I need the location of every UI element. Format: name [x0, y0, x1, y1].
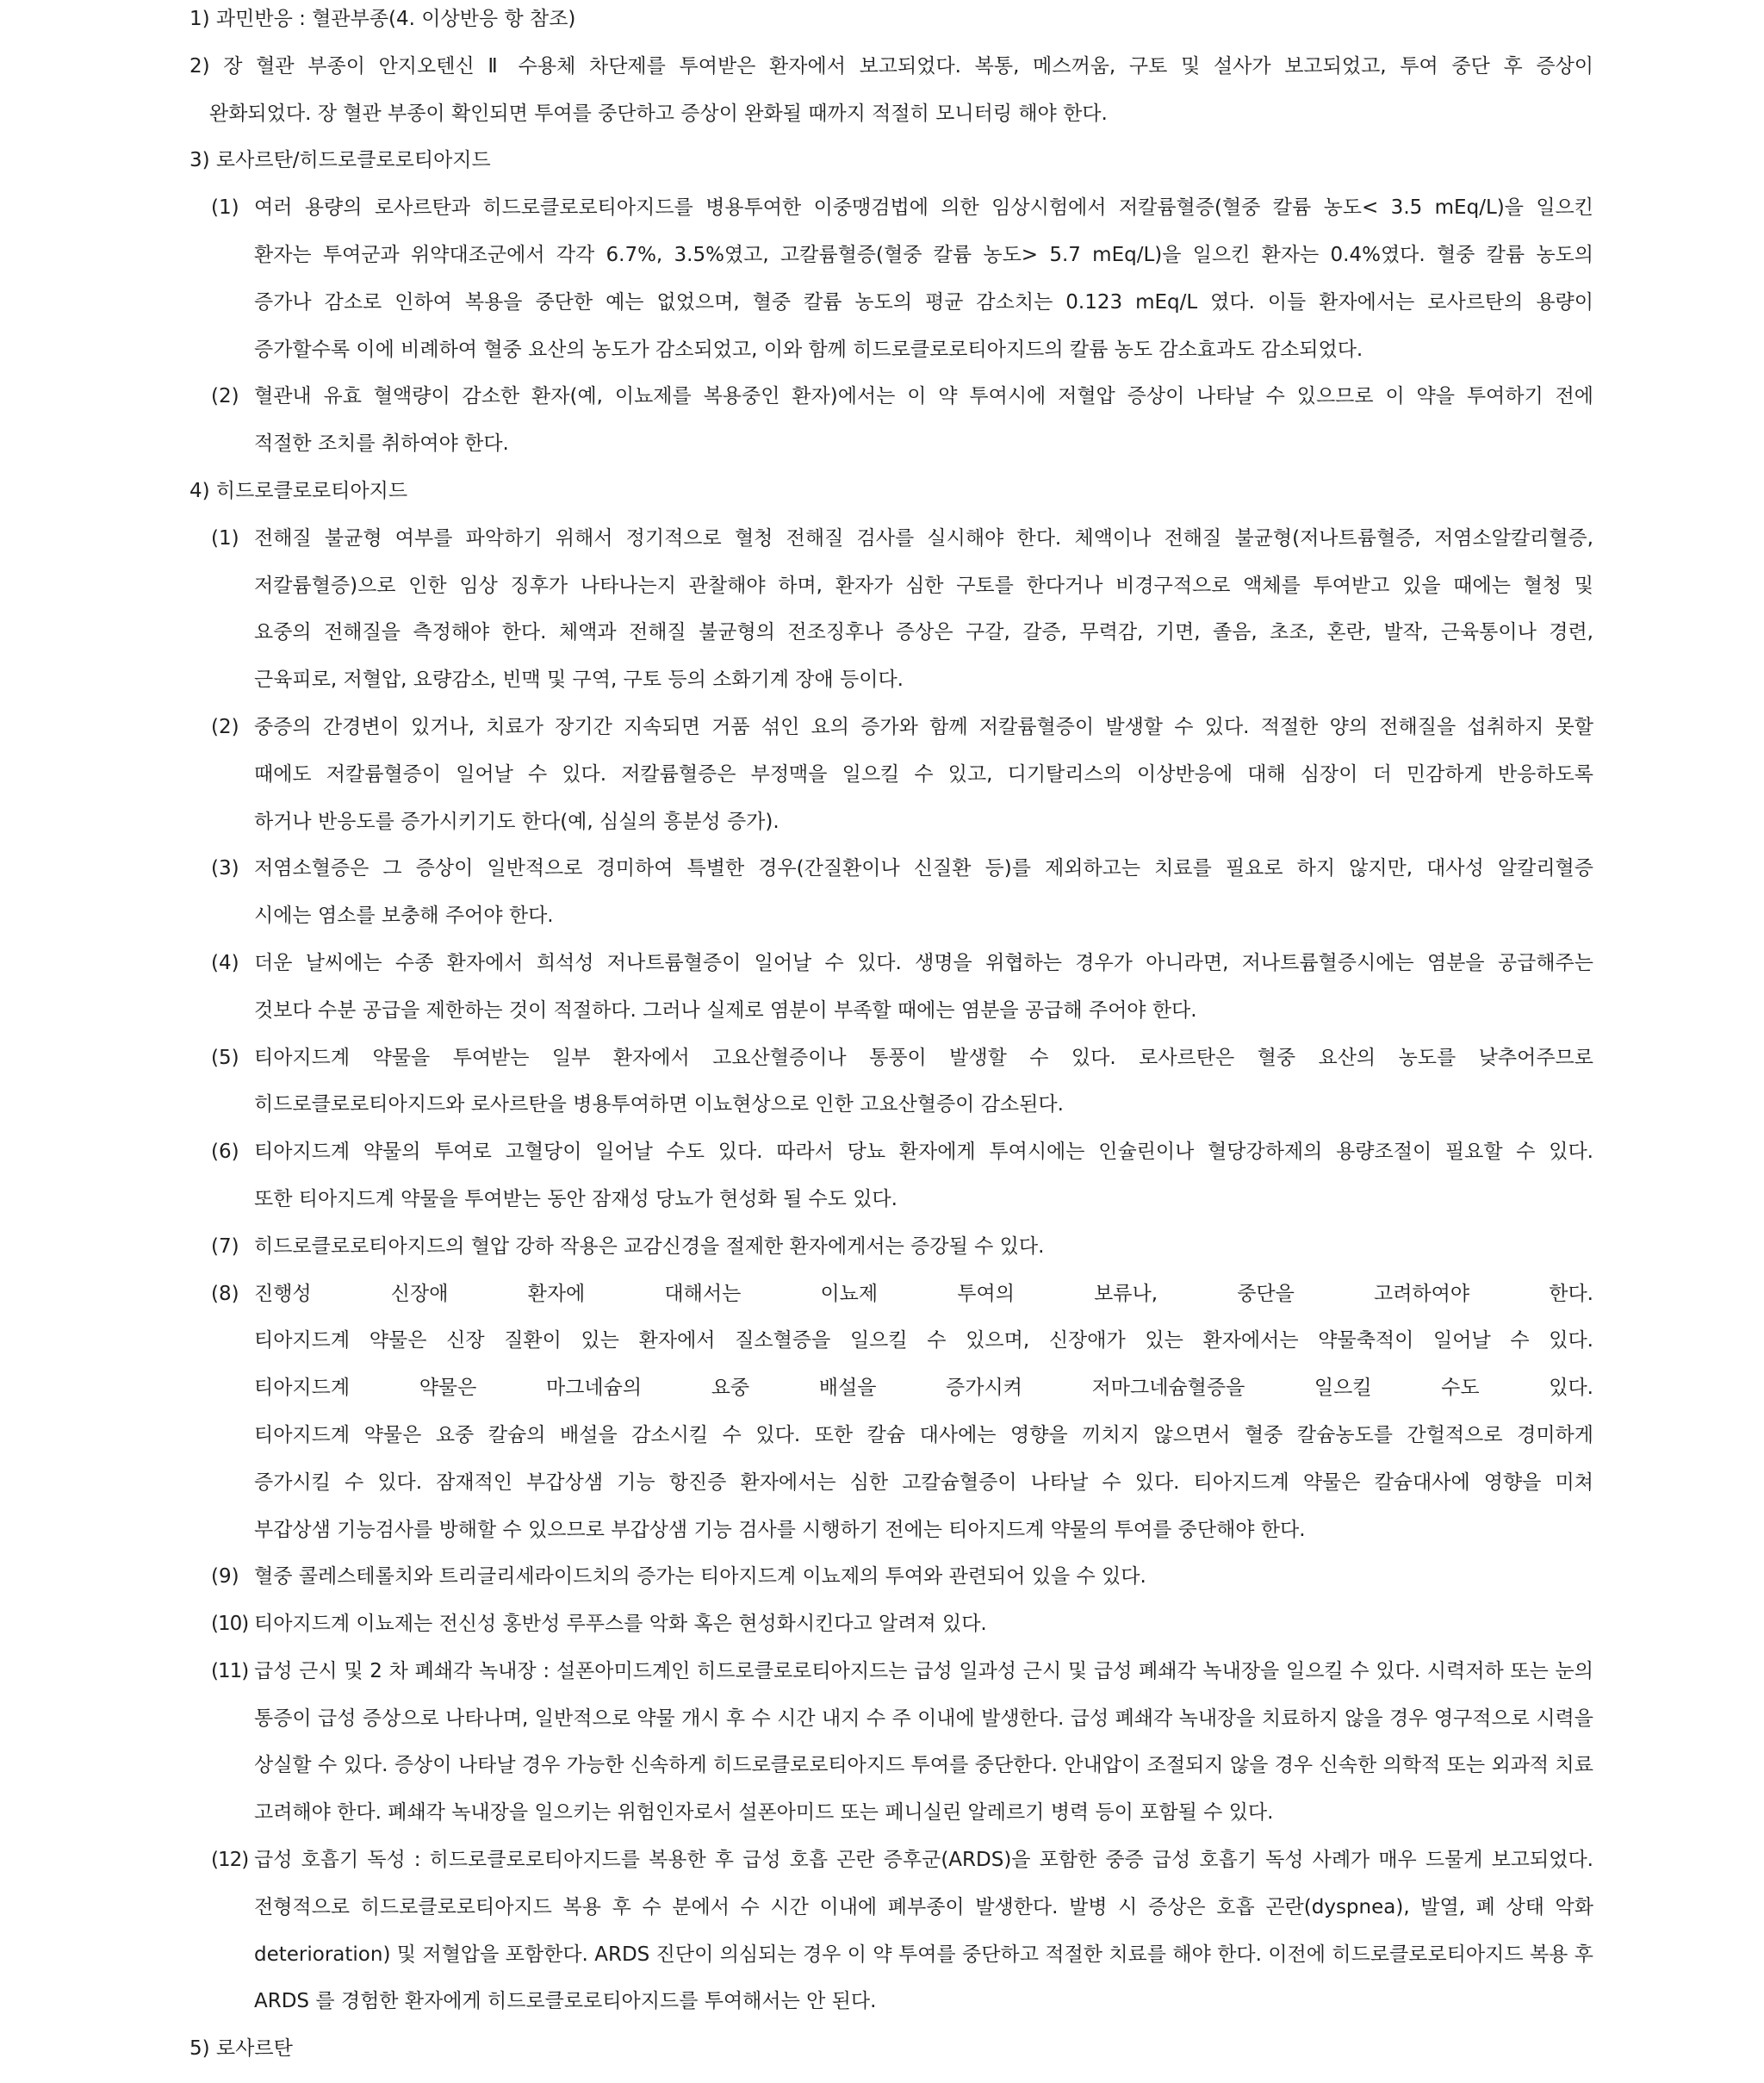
list-item-text: 진행성 신장애 환자에 대해서는 이뇨제 투여의 보류나, 중단을 고려하여야 … [254, 1271, 1593, 1318]
list-item-text: 여러 용량의 로사르탄과 히드로클로로티아지드를 병용투여한 이중맹검법에 의한… [254, 184, 1593, 232]
list-item-line: ARDS 를 경험한 환자에게 히드로클로로티아지드를 투여해서는 안 된다. [0, 1978, 1764, 2025]
list-item-line: 전형적으로 히드로클로로티아지드 복용 후 수 분에서 수 시간 이내에 폐부종… [0, 1884, 1764, 1931]
list-item-line: (12)급성 호흡기 독성 : 히드로클로로티아지드를 복용한 후 급성 호흡 … [0, 1837, 1764, 1884]
list-item-line: 요중의 전해질을 측정해야 한다. 체액과 전해질 불균형의 전조징후나 증상은… [0, 609, 1764, 656]
list-item: (7)히드로클로로티아지드의 혈압 강하 작용은 교감신경을 절제한 환자에게서… [0, 1223, 1764, 1271]
list-item: (3)저염소혈증은 그 증상이 일반적으로 경미하여 특별한 경우(간질환이나 … [0, 845, 1764, 940]
section-heading-line: 2) 장 혈관 부종이 안지오텐신 Ⅱ 수용체 차단제를 투여받은 환자에서 보… [0, 43, 1593, 90]
list-item-line: 티아지드계 약물은 마그네슘의 요중 배설을 증가시켜 저마그네슘혈증을 일으킬… [0, 1365, 1764, 1412]
section-1: 1) 과민반응 : 혈관부종(4. 이상반응 항 참조) [0, 0, 1764, 43]
list-item-line: (1)여러 용량의 로사르탄과 히드로클로로티아지드를 병용투여한 이중맹검법에… [0, 184, 1764, 232]
list-item-line: 히드로클로로티아지드와 로사르탄을 병용투여하면 이뇨현상으로 인한 고요산혈증… [0, 1081, 1764, 1129]
list-item-line: 근육피로, 저혈압, 요량감소, 빈맥 및 구역, 구토 등의 소화기계 장애 … [0, 656, 1764, 704]
list-item-marker: (7) [211, 1223, 239, 1271]
section-2: 2) 장 혈관 부종이 안지오텐신 Ⅱ 수용체 차단제를 투여받은 환자에서 보… [0, 43, 1764, 138]
list-item: (4)더운 날씨에는 수종 환자에서 희석성 저나트륨혈증이 일어날 수 있다.… [0, 940, 1764, 1035]
section-marker: 1) [189, 8, 210, 30]
list-item-text: 전해질 불균형 여부를 파악하기 위해서 정기적으로 혈청 전해질 검사를 실시… [254, 515, 1593, 563]
list-item-text: 부갑상샘 기능검사를 방해할 수 있으므로 부갑상샘 기능 검사를 시행하기 전… [254, 1507, 1593, 1554]
list-item-marker: (5) [211, 1035, 239, 1082]
list-item-line: 고려해야 한다. 폐쇄각 녹내장을 일으키는 위험인자로서 설폰아미드 또는 페… [0, 1789, 1764, 1837]
list-item-text: 상실할 수 있다. 증상이 나타날 경우 가능한 신속하게 히드로클로로티아지드… [254, 1742, 1593, 1789]
list-item-text: 급성 호흡기 독성 : 히드로클로로티아지드를 복용한 후 급성 호흡 곤란 증… [254, 1837, 1593, 1884]
list-item-marker: (10) [211, 1601, 248, 1648]
list-item-text: 티아지드계 약물은 신장 질환이 있는 환자에서 질소혈증을 일으킬 수 있으며… [254, 1317, 1593, 1365]
list-item: (2)혈관내 유효 혈액량이 감소한 환자(예, 이뇨제를 복용중인 환자)에서… [0, 373, 1764, 468]
list-item-text: 혈관내 유효 혈액량이 감소한 환자(예, 이뇨제를 복용중인 환자)에서는 이… [254, 373, 1593, 420]
list-item-marker: (3) [211, 845, 239, 892]
list-item: (1)여러 용량의 로사르탄과 히드로클로로티아지드를 병용투여한 이중맹검법에… [0, 184, 1764, 373]
list-item-line: (10)티아지드계 이뇨제는 전신성 홍반성 루푸스를 악화 혹은 현성화시킨다… [0, 1601, 1764, 1648]
list-item-marker: (9) [211, 1553, 239, 1601]
section-text: 완화되었다. 장 혈관 부종이 확인되면 투여를 중단하고 증상이 완화될 때까… [209, 103, 1108, 125]
list-item-text: 때에도 저칼륨혈증이 일어날 수 있다. 저칼륨혈증은 부정맥을 일으킬 수 있… [254, 751, 1593, 799]
list-item-marker: (12) [211, 1837, 248, 1884]
list-item-text: 저염소혈증은 그 증상이 일반적으로 경미하여 특별한 경우(간질환이나 신질환… [254, 845, 1593, 892]
list-item: (6)티아지드계 약물의 투여로 고혈당이 일어날 수도 있다. 따라서 당뇨 … [0, 1129, 1764, 1223]
list-item-line: 통증이 급성 증상으로 나타나며, 일반적으로 약물 개시 후 수 시간 내지 … [0, 1695, 1764, 1743]
list-item-text: 증가할수록 이에 비례하여 혈중 요산의 농도가 감소되었고, 이와 함께 히드… [254, 326, 1593, 374]
list-item-text: 혈중 콜레스테롤치와 트리글리세라이드치의 증가는 티아지드계 이뇨제의 투여와… [254, 1553, 1593, 1601]
list-item-text: 티아지드계 약물을 투여받는 일부 환자에서 고요산혈증이나 통풍이 발생할 수… [254, 1035, 1593, 1082]
section-3: 3) 로사르탄/히드로클로로티아지드(1)여러 용량의 로사르탄과 히드로클로로… [0, 137, 1764, 468]
list-item-line: 티아지드계 약물은 신장 질환이 있는 환자에서 질소혈증을 일으킬 수 있으며… [0, 1317, 1764, 1365]
section-marker: 2) [189, 55, 210, 78]
list-item-line: deterioration) 및 저혈압을 포함한다. ARDS 진단이 의심되… [0, 1931, 1764, 1979]
list-item-marker: (4) [211, 940, 239, 987]
section-4: 4) 히드로클로로티아지드(1)전해질 불균형 여부를 파악하기 위해서 정기적… [0, 468, 1764, 2025]
list-item-text: 티아지드계 약물은 요중 칼슘의 배설을 감소시킬 수 있다. 또한 칼슘 대사… [254, 1412, 1593, 1459]
list-item: (12)급성 호흡기 독성 : 히드로클로로티아지드를 복용한 후 급성 호흡 … [0, 1837, 1764, 2025]
list-item-line: 부갑상샘 기능검사를 방해할 수 있으므로 부갑상샘 기능 검사를 시행하기 전… [0, 1507, 1764, 1554]
list-item-line: (6)티아지드계 약물의 투여로 고혈당이 일어날 수도 있다. 따라서 당뇨 … [0, 1129, 1764, 1176]
list-item: (11)급성 근시 및 2 차 폐쇄각 녹내장 : 설폰아미드계인 히드로클로로… [0, 1648, 1764, 1837]
list-item-text: 하거나 반응도를 증가시키기도 한다(예, 심실의 흥분성 증가). [254, 799, 1593, 846]
list-item-text: 중증의 간경변이 있거나, 치료가 장기간 지속되면 거품 섞인 요의 증가와 … [254, 704, 1593, 751]
list-item-text: 히드로클로로티아지드와 로사르탄을 병용투여하면 이뇨현상으로 인한 고요산혈증… [254, 1081, 1593, 1129]
section-heading-line: 1) 과민반응 : 혈관부종(4. 이상반응 항 참조) [0, 0, 1593, 43]
list-item-line: 저칼륨혈증)으로 인한 임상 징후가 나타나는지 관찰해야 하며, 환자가 심한… [0, 563, 1764, 610]
list-item-line: (2)혈관내 유효 혈액량이 감소한 환자(예, 이뇨제를 복용중인 환자)에서… [0, 373, 1764, 420]
list-item-text: 전형적으로 히드로클로로티아지드 복용 후 수 분에서 수 시간 이내에 폐부종… [254, 1884, 1593, 1931]
list-item-text: 티아지드계 이뇨제는 전신성 홍반성 루푸스를 악화 혹은 현성화시킨다고 알려… [254, 1601, 1593, 1648]
section-title: 히드로클로로티아지드 [216, 480, 407, 502]
list-item-text: 것보다 수분 공급을 제한하는 것이 적절하다. 그러나 실제로 염분이 부족할… [254, 987, 1593, 1035]
section-marker: 5) [189, 2037, 210, 2060]
list-item: (9)혈중 콜레스테롤치와 트리글리세라이드치의 증가는 티아지드계 이뇨제의 … [0, 1553, 1764, 1601]
list-item-line: (3)저염소혈증은 그 증상이 일반적으로 경미하여 특별한 경우(간질환이나 … [0, 845, 1764, 892]
list-item-marker: (6) [211, 1129, 239, 1176]
list-item-line: 적절한 조치를 취하여야 한다. [0, 420, 1764, 468]
list-item: (5)티아지드계 약물을 투여받는 일부 환자에서 고요산혈증이나 통풍이 발생… [0, 1035, 1764, 1129]
list-item-line: (5)티아지드계 약물을 투여받는 일부 환자에서 고요산혈증이나 통풍이 발생… [0, 1035, 1764, 1082]
list-item-text: 적절한 조치를 취하여야 한다. [254, 420, 1593, 468]
list-item: (8)진행성 신장애 환자에 대해서는 이뇨제 투여의 보류나, 중단을 고려하… [0, 1271, 1764, 1554]
section-text: 과민반응 : 혈관부종(4. 이상반응 항 참조) [216, 8, 575, 30]
section-heading-line: 3) 로사르탄/히드로클로로티아지드 [0, 137, 1593, 184]
list-item-line: (11)급성 근시 및 2 차 폐쇄각 녹내장 : 설폰아미드계인 히드로클로로… [0, 1648, 1764, 1695]
list-item-text: 증가시킬 수 있다. 잠재적인 부갑상샘 기능 항진증 환자에서는 심한 고칼슘… [254, 1459, 1593, 1507]
list-item-text: 또한 티아지드계 약물을 투여받는 동안 잠재성 당뇨가 현성화 될 수도 있다… [254, 1176, 1593, 1223]
list-item-line: 증가시킬 수 있다. 잠재적인 부갑상샘 기능 항진증 환자에서는 심한 고칼슘… [0, 1459, 1764, 1507]
list-item-line: (8)진행성 신장애 환자에 대해서는 이뇨제 투여의 보류나, 중단을 고려하… [0, 1271, 1764, 1318]
list-item-line: (4)더운 날씨에는 수종 환자에서 희석성 저나트륨혈증이 일어날 수 있다.… [0, 940, 1764, 987]
list-item-marker: (2) [211, 373, 239, 420]
list-item-text: 히드로클로로티아지드의 혈압 강하 작용은 교감신경을 절제한 환자에게서는 증… [254, 1223, 1593, 1271]
list-item-marker: (2) [211, 704, 239, 751]
section-marker: 4) [189, 480, 210, 502]
list-item-text: 티아지드계 약물은 마그네슘의 요중 배설을 증가시켜 저마그네슘혈증을 일으킬… [254, 1365, 1593, 1412]
list-item-text: deterioration) 및 저혈압을 포함한다. ARDS 진단이 의심되… [254, 1931, 1593, 1979]
list-item: (2)중증의 간경변이 있거나, 치료가 장기간 지속되면 거품 섞인 요의 증… [0, 704, 1764, 845]
list-item-line: 상실할 수 있다. 증상이 나타날 경우 가능한 신속하게 히드로클로로티아지드… [0, 1742, 1764, 1789]
list-item-marker: (8) [211, 1271, 239, 1318]
list-item-text: 고려해야 한다. 폐쇄각 녹내장을 일으키는 위험인자로서 설폰아미드 또는 페… [254, 1789, 1593, 1837]
section-5: 5) 로사르탄 [0, 2025, 1764, 2073]
list-item-line: 증가할수록 이에 비례하여 혈중 요산의 농도가 감소되었고, 이와 함께 히드… [0, 326, 1764, 374]
list-item-line: (9)혈중 콜레스테롤치와 트리글리세라이드치의 증가는 티아지드계 이뇨제의 … [0, 1553, 1764, 1601]
list-item-text: 요중의 전해질을 측정해야 한다. 체액과 전해질 불균형의 전조징후나 증상은… [254, 609, 1593, 656]
list-item: (1)전해질 불균형 여부를 파악하기 위해서 정기적으로 혈청 전해질 검사를… [0, 515, 1764, 704]
list-item-text: 환자는 투여군과 위약대조군에서 각각 6.7%, 3.5%였고, 고칼륨혈증(… [254, 232, 1593, 279]
list-item: (10)티아지드계 이뇨제는 전신성 홍반성 루푸스를 악화 혹은 현성화시킨다… [0, 1601, 1764, 1648]
document-page: 1) 과민반응 : 혈관부종(4. 이상반응 항 참조)2) 장 혈관 부종이 … [0, 0, 1764, 2073]
section-heading-line: 4) 히드로클로로티아지드 [0, 468, 1593, 515]
list-item-text: 통증이 급성 증상으로 나타나며, 일반적으로 약물 개시 후 수 시간 내지 … [254, 1695, 1593, 1743]
list-item-text: 증가나 감소로 인하여 복용을 중단한 예는 없었으며, 혈중 칼륨 농도의 평… [254, 279, 1593, 326]
section-marker: 3) [189, 149, 210, 171]
section-text: 장 혈관 부종이 안지오텐신 Ⅱ 수용체 차단제를 투여받은 환자에서 보고되었… [223, 55, 1593, 78]
list-item-text: 티아지드계 약물의 투여로 고혈당이 일어날 수도 있다. 따라서 당뇨 환자에… [254, 1129, 1593, 1176]
list-item-text: 시에는 염소를 보충해 주어야 한다. [254, 892, 1593, 940]
section-title: 로사르탄/히드로클로로티아지드 [216, 149, 491, 171]
list-item-line: 티아지드계 약물은 요중 칼슘의 배설을 감소시킬 수 있다. 또한 칼슘 대사… [0, 1412, 1764, 1459]
list-item-line: 것보다 수분 공급을 제한하는 것이 적절하다. 그러나 실제로 염분이 부족할… [0, 987, 1764, 1035]
list-item-text: 근육피로, 저혈압, 요량감소, 빈맥 및 구역, 구토 등의 소화기계 장애 … [254, 656, 1593, 704]
list-item-line: 환자는 투여군과 위약대조군에서 각각 6.7%, 3.5%였고, 고칼륨혈증(… [0, 232, 1764, 279]
list-item-marker: (11) [211, 1648, 248, 1695]
list-item-line: (1)전해질 불균형 여부를 파악하기 위해서 정기적으로 혈청 전해질 검사를… [0, 515, 1764, 563]
section-heading-line: 5) 로사르탄 [0, 2025, 1593, 2073]
list-item-line: (7)히드로클로로티아지드의 혈압 강하 작용은 교감신경을 절제한 환자에게서… [0, 1223, 1764, 1271]
list-item-line: 때에도 저칼륨혈증이 일어날 수 있다. 저칼륨혈증은 부정맥을 일으킬 수 있… [0, 751, 1764, 799]
list-item-line: 하거나 반응도를 증가시키기도 한다(예, 심실의 흥분성 증가). [0, 799, 1764, 846]
list-item-marker: (1) [211, 184, 239, 232]
list-item-text: 급성 근시 및 2 차 폐쇄각 녹내장 : 설폰아미드계인 히드로클로로티아지드… [254, 1648, 1593, 1695]
list-item-text: 저칼륨혈증)으로 인한 임상 징후가 나타나는지 관찰해야 하며, 환자가 심한… [254, 563, 1593, 610]
list-item-marker: (1) [211, 515, 239, 563]
section-title: 로사르탄 [216, 2037, 293, 2060]
list-item-text: ARDS 를 경험한 환자에게 히드로클로로티아지드를 투여해서는 안 된다. [254, 1978, 1593, 2025]
list-item-line: 시에는 염소를 보충해 주어야 한다. [0, 892, 1764, 940]
list-item-line: 또한 티아지드계 약물을 투여받는 동안 잠재성 당뇨가 현성화 될 수도 있다… [0, 1176, 1764, 1223]
list-item-text: 더운 날씨에는 수종 환자에서 희석성 저나트륨혈증이 일어날 수 있다. 생명… [254, 940, 1593, 987]
list-item-line: (2)중증의 간경변이 있거나, 치료가 장기간 지속되면 거품 섞인 요의 증… [0, 704, 1764, 751]
section-continuation-line: 완화되었다. 장 혈관 부종이 확인되면 투여를 중단하고 증상이 완화될 때까… [0, 90, 1593, 138]
list-item-line: 증가나 감소로 인하여 복용을 중단한 예는 없었으며, 혈중 칼륨 농도의 평… [0, 279, 1764, 326]
